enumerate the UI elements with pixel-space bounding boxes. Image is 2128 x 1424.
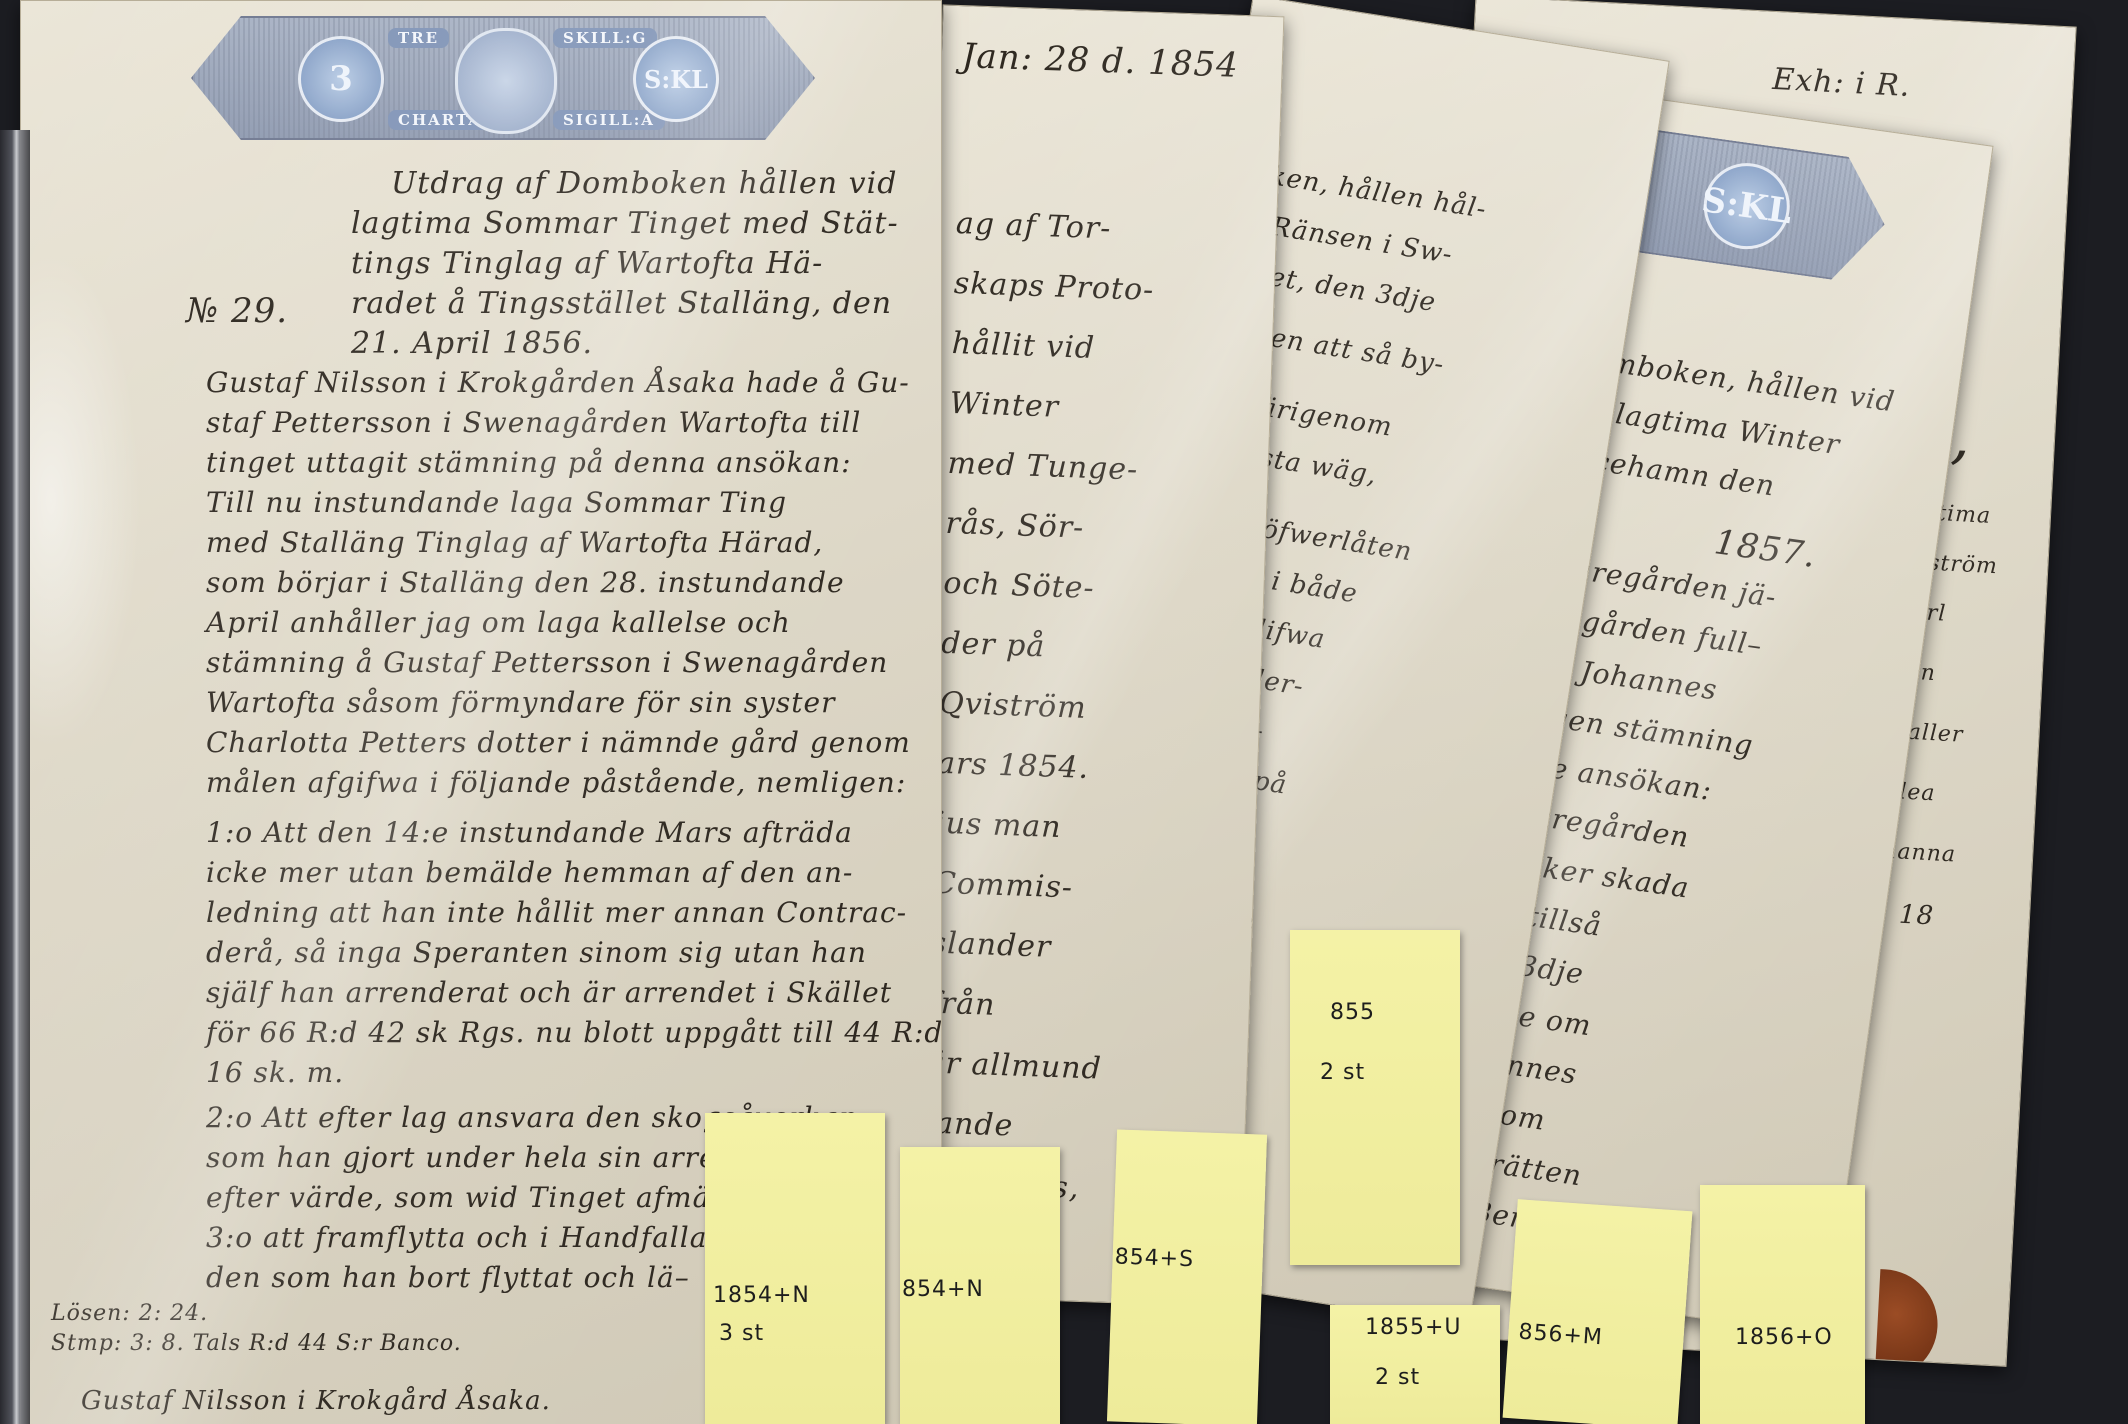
document-1854: Jan: 28 d. 1854 ag af Tor- skaps Proto- …	[898, 4, 1285, 1307]
doc-header: Jan: 28 d. 1854	[961, 36, 1282, 87]
plastic-sleeve-edge	[0, 130, 30, 1424]
doc-line: Utdrag af Domboken hållen vid	[391, 166, 941, 201]
doc-line: Wartofta såsom förmyndare för sin syster	[206, 686, 941, 719]
sticky-note: 855 2 st	[1290, 930, 1460, 1265]
doc-line: staf Pettersson i Swenagården Wartofta t…	[206, 406, 941, 439]
stamp-banner: SKILL:G	[553, 28, 657, 48]
doc-line: 21. April 1856.	[351, 326, 941, 361]
note-label: 1856+O	[1735, 1325, 1833, 1350]
note-label: 1854+N	[713, 1283, 810, 1308]
note-count: 3 st	[719, 1321, 764, 1346]
doc-line: 18	[1898, 900, 2029, 937]
doc-line: tings Tinglag af Wartofta Hä-	[351, 246, 941, 281]
doc-line: ag af Tor-	[955, 206, 1276, 252]
note-label: 854+S	[1114, 1244, 1194, 1272]
charta-sigillata-stamp: 3 TRE CHARTA SKILL:G SIGILL:A S:KL	[191, 16, 815, 140]
doc-line: Till nu instundande laga Sommar Ting	[206, 486, 941, 519]
note-label: 854+N	[902, 1277, 984, 1302]
doc-line: ars 1854.	[937, 746, 1258, 792]
note-count: 2 st	[1375, 1365, 1420, 1390]
doc-line: derå, så inga Speranten sinom sig utan h…	[206, 936, 941, 969]
doc-line: med Tunge-	[947, 446, 1268, 492]
doc-line: 1:o Att den 14:e instundande Mars afträd…	[206, 816, 941, 849]
sticky-note: 854+S	[1107, 1129, 1267, 1424]
doc-line: med Stalläng Tinglag af Wartofta Härad,	[206, 526, 941, 559]
sticky-note: 1855+U 2 st	[1330, 1305, 1500, 1424]
doc-line: Winter	[949, 386, 1270, 432]
doc-line: är allmund	[926, 1046, 1247, 1092]
doc-line: radet å Tingsstället Stalläng, den	[351, 286, 941, 321]
doc-line: 16 sk. m.	[206, 1056, 941, 1089]
doc-line: der på	[941, 626, 1262, 672]
doc-line: målen afgifwa i följande påstående, neml…	[206, 766, 941, 799]
photo-scene: Exh: i R. nd Län, lagtima Rinström Carl …	[0, 0, 2128, 1424]
doc-line: från	[928, 986, 1249, 1032]
note-count: 2 st	[1320, 1060, 1365, 1085]
doc-line: rås, Sör-	[945, 506, 1266, 552]
doc-line: Charlotta Petters dotter i nämnde gård g…	[206, 726, 941, 759]
doc-line: för 66 R:d 42 sk Rgs. nu blott uppgått t…	[206, 1016, 941, 1049]
doc-header: Exh: i R.	[1772, 62, 2073, 113]
doc-line: hanna	[1882, 839, 2033, 872]
royal-crest-icon	[455, 28, 557, 134]
wax-seal	[1875, 1269, 1941, 1367]
stamp-banner: TRE	[388, 28, 449, 48]
doc-line: lagtima Sommar Tinget med Stät-	[351, 206, 941, 241]
doc-line: Commis-	[932, 866, 1253, 912]
sticky-note: 856+M	[1503, 1199, 1693, 1424]
note-label: 1855+U	[1365, 1315, 1462, 1340]
stamp-value-medallion: S:KL	[1698, 158, 1795, 255]
stamp-value-medallion: S:KL	[633, 36, 719, 122]
doc-line: som börjar i Stalläng den 28. instundand…	[206, 566, 941, 599]
doc-line: slander	[930, 926, 1251, 972]
doc-line: hållit vid	[951, 326, 1272, 372]
plastic-glare	[20, 251, 141, 751]
note-label: 855	[1330, 1000, 1375, 1025]
sticky-note: 854+N	[900, 1147, 1060, 1424]
doc-line: April anhåller jag om laga kallelse och	[206, 606, 941, 639]
doc-line: Qviström	[939, 686, 1260, 732]
doc-line: tinget uttagit stämning på denna ansökan…	[206, 446, 941, 479]
sticky-note: 1854+N 3 st	[705, 1113, 885, 1424]
doc-line: icke mer utan bemälde hemman af den an-	[206, 856, 941, 889]
doc-line: ius man	[934, 806, 1255, 852]
sticky-note: 1856+O	[1700, 1185, 1865, 1424]
doc-line: Gustaf Nilsson i Krokgården Åsaka hade å…	[206, 366, 941, 399]
doc-line: stämning å Gustaf Pettersson i Swenagård…	[206, 646, 941, 679]
doc-line: och Söte-	[943, 566, 1264, 612]
doc-line: skaps Proto-	[953, 266, 1274, 312]
stamp-banner: SIGILL:A	[553, 110, 665, 130]
note-label: 856+M	[1518, 1320, 1604, 1351]
doc-line: själf han arrenderat och är arrendet i S…	[206, 976, 941, 1009]
doc-line: ledning att han inte hållit mer annan Co…	[206, 896, 941, 929]
stamp-value-medallion: 3	[298, 36, 384, 122]
